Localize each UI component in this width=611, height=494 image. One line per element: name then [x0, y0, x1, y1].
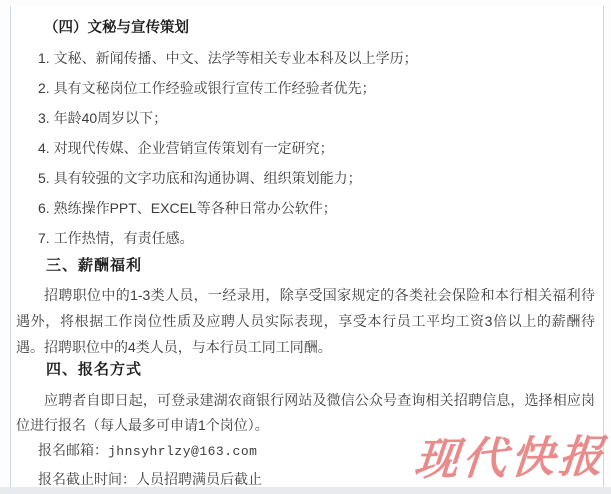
deadline-label: 报名截止时间：: [38, 471, 136, 487]
email-line: 报名邮箱：jhnsyhrlzy@163.com: [38, 440, 603, 462]
bottom-edge-band: [0, 487, 611, 494]
requirement-item-3: 3. 年龄40周岁以下；: [38, 108, 603, 128]
requirement-item-2: 2. 具有文秘岗位工作经验或银行宣传工作经验者优先；: [38, 78, 603, 98]
subsection-title: （四）文秘与宣传策划: [44, 18, 603, 38]
email-value: jhnsyhrlzy@163.com: [108, 444, 257, 459]
deadline-line: 报名截止时间：人员招聘满员后截止: [38, 469, 603, 489]
section-salary-title: 三、薪酬福利: [46, 256, 603, 276]
salary-paragraph: 招聘职位中的1-3类人员，一经录用，除享受国家规定的各类社会保险和本行相关福利待…: [16, 282, 595, 360]
section-apply-title: 四、报名方式: [46, 360, 603, 380]
requirement-item-7: 7. 工作热情，有责任感。: [38, 228, 603, 248]
requirement-item-6: 6. 熟练操作PPT、EXCEL等各种日常办公软件；: [38, 198, 603, 218]
email-label: 报名邮箱：: [38, 442, 108, 458]
requirement-item-5: 5. 具有较强的文字功底和沟通协调、组织策划能力；: [38, 168, 603, 188]
deadline-value: 人员招聘满员后截止: [136, 471, 262, 487]
requirement-item-4: 4. 对现代传媒、企业营销宣传策划有一定研究；: [38, 138, 603, 158]
requirement-item-1: 1. 文秘、新闻传播、中文、法学等相关专业本科及以上学历；: [38, 48, 603, 68]
document-body: （四）文秘与宣传策划 1. 文秘、新闻传播、中文、法学等相关专业本科及以上学历；…: [10, 6, 604, 487]
apply-paragraph: 应聘者自即日起，可登录建湖农商银行网站及微信公众号查询相关招聘信息，选择相应岗位…: [16, 388, 595, 438]
